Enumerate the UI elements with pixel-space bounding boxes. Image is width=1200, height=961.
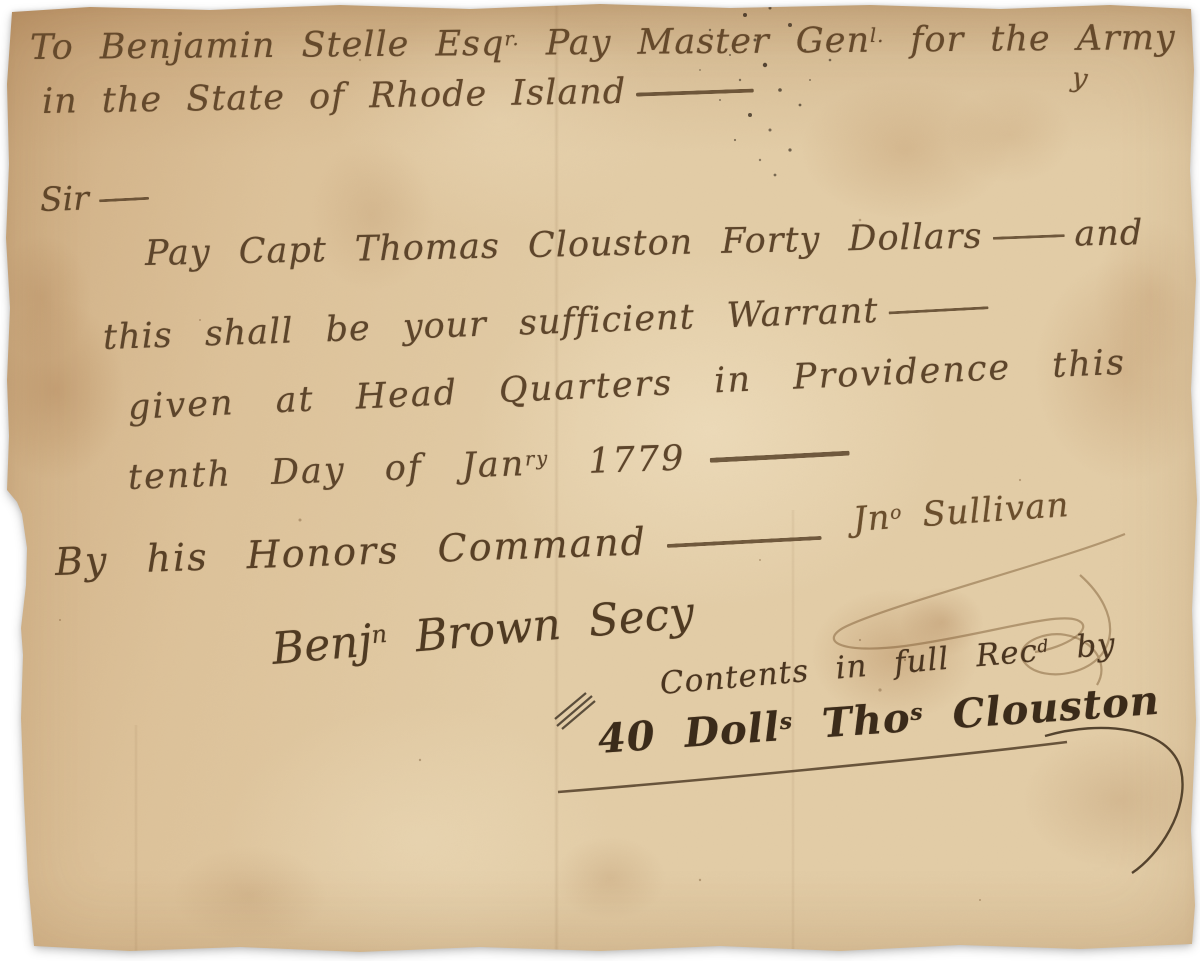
body-line-4: tenth Day of Janry 1779 (127, 432, 860, 498)
text-fragment: in the State of Rhode Island (42, 72, 627, 122)
salutation-line: Sir (39, 176, 159, 219)
text-fragment: tenth Day of Jan (127, 444, 526, 498)
manuscript-photo: To Benjamin Stelle Esqr. Pay Master Genl… (0, 0, 1200, 961)
text-fragment: By his Honors Command (54, 519, 647, 584)
text-fragment: given at Head Quarters in Providence thi… (127, 343, 1127, 428)
text-fragment: by (1048, 626, 1117, 668)
flourish-dash (667, 535, 822, 547)
flourish-dash (99, 196, 149, 202)
manuscript-paper: To Benjamin Stelle Esqr. Pay Master Genl… (0, 0, 1200, 961)
address-line-2: in the State of Rhode Island (42, 69, 765, 122)
clouston-flourish-curl (1040, 718, 1200, 888)
flourish-dash (992, 234, 1064, 240)
text-fragment: Tho (792, 694, 912, 749)
text-fragment: Pay Capt Thomas Clouston Forty Dollars (145, 216, 983, 274)
text-fragment: Pay Master Gen (519, 21, 870, 64)
body-line-2: this shall be your sufficient Warrant (102, 287, 999, 358)
flourish-dash (888, 306, 988, 314)
text-fragment: 40 Doll (596, 703, 781, 763)
text-fragment: Jn (852, 497, 892, 540)
flourish-dash (709, 451, 849, 463)
superscript: r. (504, 27, 519, 50)
fold-crease-left (134, 725, 138, 960)
text-fragment: 1779 (549, 439, 687, 484)
text-fragment: Clouston (922, 677, 1161, 740)
stray-ink-mark: y (1070, 62, 1089, 95)
address-line-1: To Benjamin Stelle Esqr. Pay Master Genl… (30, 18, 1176, 68)
text-fragment: for the Army (884, 18, 1176, 61)
flourish-dash (636, 88, 754, 96)
text-fragment: this shall be your sufficient Warrant (102, 291, 879, 358)
superscript: l. (870, 24, 884, 47)
text-fragment: To Benjamin Stelle Esq (30, 24, 505, 68)
text-fragment: and (1074, 213, 1144, 254)
sullivan-signature: Jno Sullivan (852, 485, 1071, 540)
closing-command-line: By his Honors Command (54, 513, 832, 584)
text-fragment: Sullivan (901, 485, 1070, 537)
paper-shadow: To Benjamin Stelle Esqr. Pay Master Genl… (0, 0, 1200, 961)
body-line-1: Pay Capt Thomas Clouston Forty Dollarsan… (145, 213, 1144, 274)
body-line-3: given at Head Quarters in Providence thi… (127, 343, 1127, 428)
superscript: ry (525, 447, 550, 471)
ink-smudge-mark (552, 688, 600, 734)
text-fragment: Sir (39, 178, 89, 219)
text-fragment: Brown Secy (385, 587, 696, 665)
secretary-signature: Benjn Brown Secy (270, 587, 696, 675)
text-fragment: Benj (270, 615, 374, 675)
